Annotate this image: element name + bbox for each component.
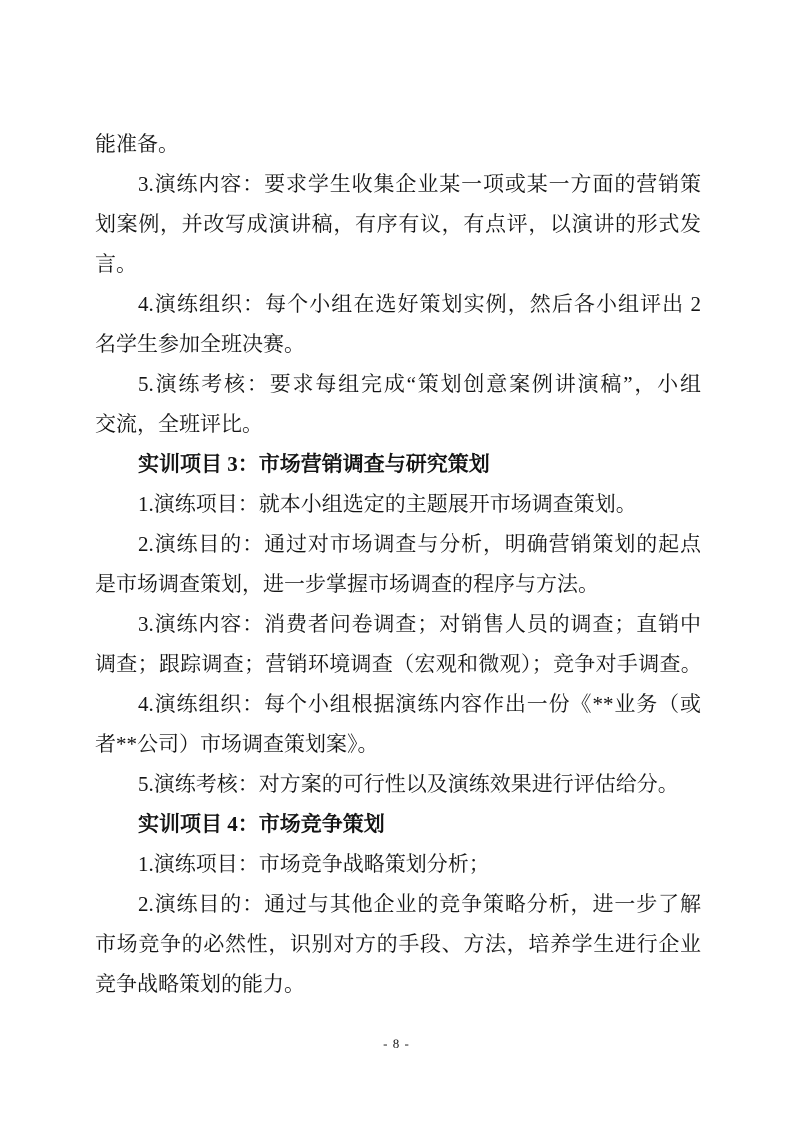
page-number: - 8 - <box>0 1036 793 1052</box>
text-line: 言。 <box>95 244 701 284</box>
text-line: 4.演练组织：每个小组根据演练内容作出一份《**业务（或 <box>95 684 701 724</box>
text-line: 能准备。 <box>95 124 701 164</box>
text-line: 3.演练内容：消费者问卷调查；对销售人员的调查；直销中 <box>95 604 701 644</box>
text-line: 竞争战略策划的能力。 <box>95 964 701 1004</box>
document-body: 能准备。 3.演练内容：要求学生收集企业某一项或某一方面的营销策 划案例，并改写… <box>95 124 701 1004</box>
text-line: 1.演练项目：市场竞争战略策划分析； <box>95 844 701 884</box>
text-line: 者**公司）市场调查策划案》。 <box>95 724 701 764</box>
text-line: 3.演练内容：要求学生收集企业某一项或某一方面的营销策 <box>95 164 701 204</box>
text-line: 2.演练目的：通过与其他企业的竞争策略分析，进一步了解 <box>95 884 701 924</box>
text-line: 4.演练组织：每个小组在选好策划实例，然后各小组评出 2 <box>95 284 701 324</box>
text-line: 是市场调查策划，进一步掌握市场调查的程序与方法。 <box>95 564 701 604</box>
document-page: 能准备。 3.演练内容：要求学生收集企业某一项或某一方面的营销策 划案例，并改写… <box>0 0 793 1122</box>
text-line: 划案例，并改写成演讲稿，有序有议，有点评，以演讲的形式发 <box>95 204 701 244</box>
section-heading-project-3: 实训项目 3：市场营销调查与研究策划 <box>95 444 701 484</box>
text-line: 1.演练项目：就本小组选定的主题展开市场调查策划。 <box>95 484 701 524</box>
text-line: 名学生参加全班决赛。 <box>95 324 701 364</box>
section-heading-project-4: 实训项目 4：市场竞争策划 <box>95 804 701 844</box>
text-line: 2.演练目的：通过对市场调查与分析，明确营销策划的起点 <box>95 524 701 564</box>
text-line: 交流，全班评比。 <box>95 404 701 444</box>
text-line: 5.演练考核：要求每组完成“策划创意案例讲演稿”，小组 <box>95 364 701 404</box>
text-line: 调查；跟踪调查；营销环境调查（宏观和微观）；竞争对手调查。 <box>95 644 701 684</box>
text-line: 市场竞争的必然性，识别对方的手段、方法，培养学生进行企业 <box>95 924 701 964</box>
text-line: 5.演练考核：对方案的可行性以及演练效果进行评估给分。 <box>95 764 701 804</box>
